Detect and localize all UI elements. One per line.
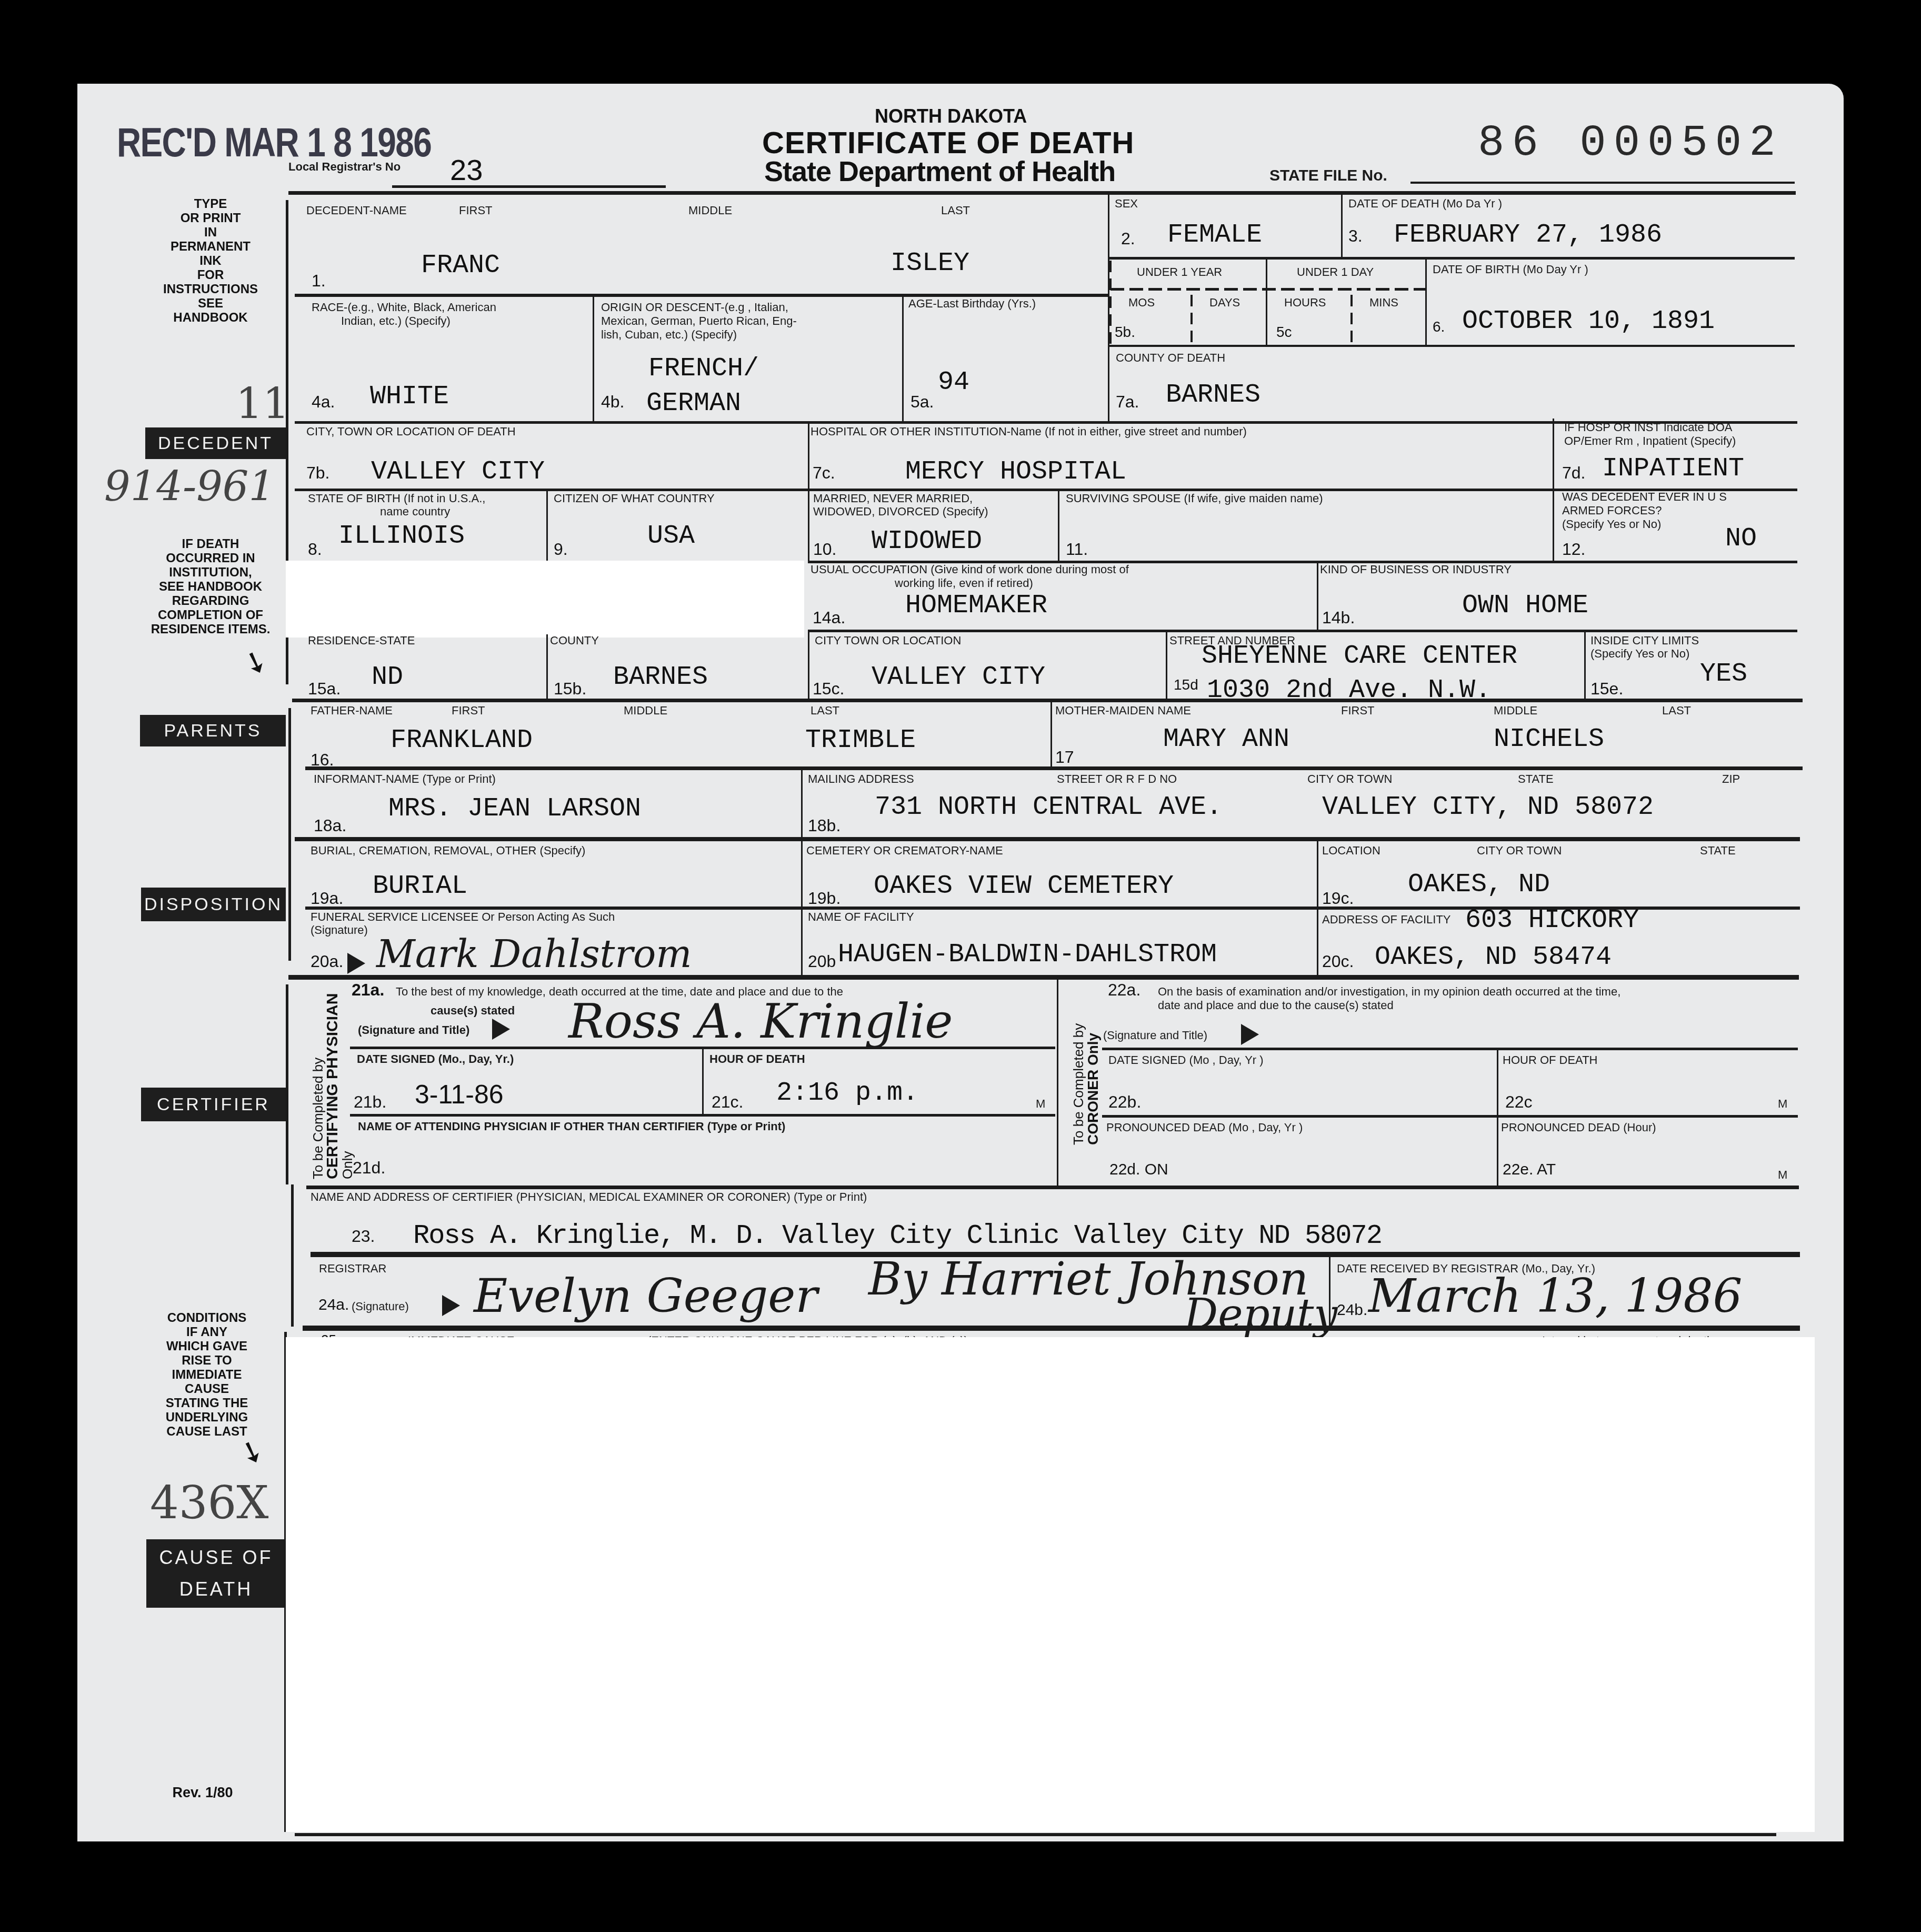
state-file-label: STATE FILE No. (1269, 170, 1387, 182)
origin-value-line1: FRENCH/ (648, 354, 759, 384)
divider (808, 630, 1797, 632)
item-6-label: 6. (1433, 318, 1445, 335)
local-registrar-label: Local Registrar's No (288, 161, 401, 173)
divider (1058, 491, 1059, 562)
item-14b-label: 14b. (1322, 608, 1355, 628)
item-15a-label: 15a. (308, 679, 341, 699)
residence-county-value: BARNES (613, 662, 708, 692)
father-last-name: TRIMBLE (805, 725, 916, 755)
facility-address-line2: OAKES, ND 58474 (1375, 942, 1612, 972)
handwritten-code: 914-961 (104, 463, 275, 511)
race-label-2: Indian, etc.) (Specify) (341, 315, 451, 327)
sex-value: FEMALE (1167, 220, 1262, 250)
hours-label: HOURS (1284, 296, 1326, 309)
signature-arrow-icon (442, 1295, 460, 1316)
state-name: NORTH DAKOTA (875, 105, 1027, 127)
marital-label-2: WIDOWED, DIVORCED (Specify) (813, 505, 988, 518)
mos-label: MOS (1128, 296, 1155, 309)
cause-of-death-tab: CAUSE OF DEATH (146, 1539, 286, 1608)
item-14a-label: 14a. (813, 608, 845, 628)
redaction-block (286, 561, 804, 638)
registrar-signature: Evelyn Geeger (474, 1269, 817, 1323)
informant-name-label: INFORMANT-NAME (Type or Print) (314, 773, 496, 785)
hospital-label: HOSPITAL OR OTHER INSTITUTION-Name (If n… (811, 425, 1247, 438)
mother-last-label: LAST (1662, 704, 1691, 717)
divider (292, 699, 1803, 702)
divider (546, 491, 548, 562)
dashed-divider (1350, 295, 1353, 345)
informant-name: MRS. JEAN LARSON (388, 794, 641, 824)
armed-forces-label-3: (Specify Yes or No) (1562, 518, 1661, 531)
item-22d-label: 22d. ON (1109, 1161, 1168, 1179)
item-7b-label: 7b. (306, 463, 329, 483)
signature-arrow-icon (1241, 1024, 1259, 1045)
location-state-label: STATE (1700, 844, 1736, 857)
race-value: WHITE (370, 382, 449, 412)
residence-state-value: ND (372, 662, 403, 692)
divider (288, 975, 1799, 980)
middle-label: MIDDLE (688, 204, 732, 217)
item-15d-label: 15d (1174, 676, 1198, 693)
street-label: STREET OR R F D NO (1057, 773, 1177, 785)
state-file-number: 86 000502 (1478, 118, 1783, 168)
item-20a-label: 20a. (311, 952, 343, 971)
informant-city-state-zip: VALLEY CITY, ND 58072 (1322, 792, 1654, 822)
registrar-signature-label: (Signature) (352, 1300, 409, 1313)
date-of-birth-value: OCTOBER 10, 1891 (1462, 306, 1715, 336)
item-22e-label: 22e. AT (1503, 1161, 1556, 1179)
location-city-label: CITY OR TOWN (1477, 844, 1562, 857)
county-of-death-label: COUNTY OF DEATH (1116, 352, 1225, 364)
city-label: CITY OR TOWN (1307, 773, 1392, 785)
item-21c-label: 21c. (712, 1092, 743, 1112)
divider (1329, 1256, 1330, 1327)
first-label: FIRST (459, 204, 493, 217)
spouse-label: SURVIVING SPOUSE (If wife, give maiden n… (1066, 492, 1323, 505)
item-5a-label: 5a. (911, 392, 934, 412)
handwritten-mark: 11 (236, 379, 289, 428)
armed-forces-label: WAS DECEDENT EVER IN U S (1562, 491, 1727, 503)
birth-state-label: STATE OF BIRTH (If not in U.S.A., (308, 492, 485, 505)
item-19b-label: 19b. (808, 889, 841, 908)
burial-method-label: BURIAL, CREMATION, REMOVAL, OTHER (Speci… (311, 844, 585, 857)
under-1-day-label: UNDER 1 DAY (1297, 266, 1374, 278)
zip-label: ZIP (1722, 773, 1740, 785)
item-23-label: 23. (352, 1227, 375, 1246)
file-underline (1410, 182, 1795, 184)
item-15e-label: 15e. (1590, 679, 1623, 699)
handwritten-cause-code: 436X (150, 1477, 268, 1529)
origin-label-2: Mexican, German, Puerto Rican, Eng- (601, 315, 797, 327)
form-bottom-border (295, 1833, 1776, 1836)
item-22c-label: 22c (1505, 1092, 1533, 1112)
burial-method-value: BURIAL (373, 871, 467, 901)
date-signed-label: DATE SIGNED (Mo., Day, Yr.) (357, 1053, 514, 1065)
residence-county-label: COUNTY (550, 634, 599, 647)
divider (808, 631, 809, 700)
item-21d-label: 21d. (353, 1158, 385, 1178)
divider (1266, 258, 1267, 345)
cemetery-value: OAKES VIEW CEMETERY (874, 871, 1174, 901)
form-left-border-2 (288, 708, 291, 961)
mins-label: MINS (1369, 296, 1398, 309)
facility-name-label: NAME OF FACILITY (808, 911, 914, 923)
coroner-signature-label: (Signature and Title) (1103, 1029, 1207, 1042)
father-middle-label: MIDDLE (624, 704, 667, 717)
licensee-label: FUNERAL SERVICE LICENSEE Or Person Actin… (311, 911, 615, 923)
dashed-divider (1190, 295, 1193, 345)
item-4b-label: 4b. (601, 392, 624, 412)
citizen-value: USA (647, 521, 695, 551)
item-18a-label: 18a. (314, 816, 346, 835)
origin-label-3: lish, Cuban, etc.) (Specify) (601, 328, 737, 341)
item-19a-label: 19a. (311, 889, 343, 908)
item-7d-label: 7d. (1562, 463, 1585, 483)
redaction-block-cause (286, 1337, 1815, 1832)
location-value: OAKES, ND (1408, 870, 1550, 900)
item-20b-label: 20b (808, 952, 836, 971)
mailing-address-label: MAILING ADDRESS (808, 773, 914, 785)
item-22b-label: 22b. (1108, 1092, 1141, 1112)
father-first-name: FRANKLAND (391, 725, 533, 755)
location-label: LOCATION (1322, 844, 1380, 857)
decedent-tab: DECEDENT (145, 427, 286, 459)
physician-only-vertical-label: To be Completed byCERTIFYING PHYSICIANOn… (311, 993, 355, 1179)
hour-of-death-value: 2:16 p.m. (776, 1078, 918, 1108)
signature-arrow-icon (347, 953, 365, 974)
decedent-first-name: FRANC (421, 251, 500, 281)
hour-m-suffix: M (1036, 1098, 1045, 1110)
city-limits-label-2: (Specify Yes or No) (1590, 648, 1689, 660)
item-22a-label: 22a. (1108, 980, 1140, 1000)
conditions-note: CONDITIONS IF ANY WHICH GAVE RISE TO IMM… (136, 1311, 278, 1439)
item-7a-label: 7a. (1116, 392, 1139, 412)
form-left-border-4 (291, 1184, 294, 1327)
local-registrar-no: 23 (450, 153, 483, 187)
county-of-death-value: BARNES (1166, 380, 1260, 410)
facility-address-label: ADDRESS OF FACILITY (1322, 913, 1451, 926)
divider (295, 837, 1800, 841)
item-15b-label: 15b. (554, 679, 586, 699)
sex-label: SEX (1115, 197, 1138, 210)
divider (1497, 1049, 1498, 1186)
facility-address-line1: 603 HICKORY (1465, 905, 1639, 935)
coroner-only-vertical-label: To be Completed byCORONER Only (1071, 1023, 1100, 1145)
licensee-signature: Mark Dahlstrom (376, 932, 692, 976)
dashed-divider (1110, 288, 1425, 291)
divider (1425, 258, 1427, 345)
divider (902, 296, 904, 422)
divider (1108, 257, 1795, 260)
hospital-value: MERCY HOSPITAL (905, 457, 1126, 487)
item-15c-label: 15c. (813, 679, 844, 699)
city-limits-value: YES (1700, 659, 1747, 689)
item-3-label: 3. (1348, 226, 1363, 246)
business-label: KIND OF BUSINESS OR INDUSTRY (1320, 563, 1512, 576)
certifier-tab: CERTIFIER (141, 1088, 286, 1121)
residence-street-line1: SHEYENNE CARE CENTER (1202, 641, 1517, 671)
informant-street: 731 NORTH CENTRAL AVE. (875, 792, 1222, 822)
divider (1166, 631, 1167, 700)
divider (702, 1048, 704, 1115)
item-2-label: 2. (1121, 229, 1135, 248)
age-value: 94 (938, 367, 969, 397)
divider (546, 634, 548, 700)
divider (305, 766, 1803, 770)
item-24a-label: 24a. (318, 1296, 349, 1314)
doa-label: IF HOSP OR INST Indicate DOA (1564, 421, 1733, 434)
certifier-name-address-label: NAME AND ADDRESS OF CERTIFIER (PHYSICIAN… (311, 1191, 867, 1203)
date-received-value: March 13, 1986 (1368, 1269, 1742, 1323)
age-label: AGE-Last Birthday (Yrs.) (908, 297, 1036, 310)
physician-signature: Ross A. Kringlie (568, 994, 953, 1049)
coroner-date-label: DATE SIGNED (Mo , Day, Yr ) (1108, 1054, 1264, 1067)
statement-22a: On the basis of examination and/or inves… (1158, 985, 1620, 998)
birth-state-value: ILLINOIS (338, 521, 465, 551)
doa-label-2: OP/Emer Rm , Inpatient (Specify) (1564, 435, 1736, 447)
state-label: STATE (1518, 773, 1554, 785)
divider (593, 296, 594, 422)
armed-forces-value: NO (1725, 524, 1757, 554)
residence-state-label: RESIDENCE-STATE (308, 634, 415, 647)
divider (350, 1114, 1055, 1117)
date-of-birth-label: DATE OF BIRTH (Mo Day Yr ) (1433, 263, 1588, 276)
divider (1584, 631, 1586, 700)
race-label: RACE-(e.g., White, Black, American (312, 301, 496, 314)
item-21b-label: 21b. (354, 1092, 386, 1112)
item-1-label: 1. (312, 271, 326, 291)
item-24b-label: 24b. (1337, 1301, 1367, 1319)
attending-physician-label: NAME OF ATTENDING PHYSICIAN IF OTHER THA… (358, 1120, 785, 1133)
coroner-hour-m-suffix: M (1778, 1098, 1787, 1110)
armed-forces-label-2: ARMED FORCES? (1562, 504, 1662, 517)
dashed-divider (1109, 261, 1112, 345)
father-first-label: FIRST (452, 704, 485, 717)
last-label: LAST (941, 204, 970, 217)
pronounced-date-label: PRONOUNCED DEAD (Mo , Day, Yr ) (1106, 1121, 1303, 1134)
deputy-title: Deputy (1184, 1290, 1338, 1339)
father-name-label: FATHER-NAME (311, 704, 393, 717)
item-5b-label: 5b. (1115, 324, 1135, 341)
certifier-name-address: Ross A. Kringlie, M. D. Valley City Clin… (413, 1220, 1382, 1251)
date-of-death-value: FEBRUARY 27, 1986 (1394, 220, 1662, 250)
disposition-tab: DISPOSITION (141, 888, 286, 921)
divider (1050, 701, 1052, 767)
item-20c-label: 20c. (1322, 952, 1354, 971)
item-18b-label: 18b. (808, 816, 841, 835)
city-limits-label: INSIDE CITY LIMITS (1590, 634, 1699, 647)
item-19c-label: 19c. (1322, 889, 1354, 908)
business-value: OWN HOME (1462, 591, 1588, 621)
date-signed-value: 3-11-86 (415, 1079, 504, 1110)
form-left-border-3 (286, 984, 288, 1184)
department-title: State Department of Health (764, 155, 1115, 188)
instructions-note: TYPE OR PRINT IN PERMANENT INK FOR INSTR… (147, 197, 274, 325)
item-12-label: 12. (1562, 540, 1585, 559)
citizen-label: CITIZEN OF WHAT COUNTRY (554, 492, 715, 505)
under-1-year-label: UNDER 1 YEAR (1137, 266, 1222, 278)
decedent-last-name: ISLEY (891, 248, 969, 278)
divider (306, 1186, 1799, 1189)
statement-21a-2: cause(s) stated (431, 1004, 515, 1017)
mother-first-name: MARY ANN (1163, 724, 1289, 754)
item-10-label: 10. (813, 540, 836, 559)
pronounced-hour-m-suffix: M (1778, 1169, 1787, 1181)
item-4a-label: 4a. (312, 392, 335, 412)
registrar-underline (392, 185, 666, 188)
item-9-label: 9. (554, 540, 568, 559)
item-7c-label: 7c. (813, 463, 835, 483)
divider (808, 423, 809, 562)
item-21a-label: 21a. (352, 980, 384, 1000)
institution-note: IF DEATH OCCURRED IN INSTITUTION, SEE HA… (132, 537, 289, 636)
origin-label: ORIGIN OR DESCENT-(e.g , Italian, (601, 301, 788, 314)
divider (1102, 1048, 1798, 1050)
origin-value-line2: GERMAN (646, 389, 741, 419)
divider (1057, 979, 1058, 1186)
birth-state-label-2: name country (380, 505, 450, 518)
divider (1108, 345, 1795, 347)
doa-value: INPATIENT (1602, 454, 1744, 484)
revision-label: Rev. 1/80 (150, 1786, 255, 1800)
divider (801, 769, 803, 837)
mother-middle-name: NICHELS (1494, 724, 1604, 754)
mother-middle-label: MIDDLE (1494, 704, 1537, 717)
father-last-label: LAST (811, 704, 839, 717)
decedent-name-label: DECEDENT-NAME (306, 204, 407, 217)
divider (1317, 562, 1318, 631)
mother-name-label: MOTHER-MAIDEN NAME (1055, 704, 1191, 717)
signature-arrow-icon (492, 1019, 510, 1040)
coroner-hour-label: HOUR OF DEATH (1503, 1054, 1597, 1067)
residence-city-label: CITY TOWN OR LOCATION (815, 634, 961, 647)
item-5c-label: 5c (1276, 324, 1292, 341)
date-of-death-label: DATE OF DEATH (Mo Da Yr ) (1348, 197, 1502, 210)
divider (303, 1326, 1800, 1331)
item-8-label: 8. (308, 540, 322, 559)
item-17-label: 17 (1055, 748, 1074, 767)
hour-of-death-label: HOUR OF DEATH (709, 1053, 805, 1065)
cemetery-label: CEMETERY OR CREMATORY-NAME (806, 844, 1003, 857)
facility-name: HAUGEN-BALDWIN-DAHLSTROM (838, 940, 1217, 970)
residence-city-value: VALLEY CITY (872, 662, 1045, 692)
occupation-value: HOMEMAKER (905, 591, 1047, 621)
statement-22a-2: date and place and due to the cause(s) s… (1158, 999, 1394, 1012)
days-label: DAYS (1209, 296, 1240, 309)
licensee-label-2: (Signature) (311, 924, 368, 937)
form-top-border (288, 191, 1796, 195)
city-of-death-value: VALLEY CITY (371, 457, 545, 487)
pronounced-hour-label: PRONOUNCED DEAD (Hour) (1501, 1121, 1656, 1134)
mother-first-label: FIRST (1341, 704, 1375, 717)
city-of-death-label: CITY, TOWN OR LOCATION OF DEATH (306, 425, 516, 438)
divider (1102, 1115, 1798, 1118)
registrar-label: REGISTRAR (319, 1262, 386, 1275)
item-11-label: 11. (1066, 540, 1088, 559)
marital-value: WIDOWED (872, 526, 982, 556)
divider (1341, 195, 1343, 257)
parents-tab: PARENTS (140, 715, 286, 746)
occupation-label: USUAL OCCUPATION (Give kind of work done… (811, 563, 1129, 576)
received-stamp: REC'D MAR 1 8 1986 (117, 118, 431, 166)
occupation-label-2: working life, even if retired) (895, 577, 1033, 590)
physician-signature-label: (Signature and Title) (358, 1024, 469, 1037)
marital-label: MARRIED, NEVER MARRIED, (813, 492, 973, 505)
